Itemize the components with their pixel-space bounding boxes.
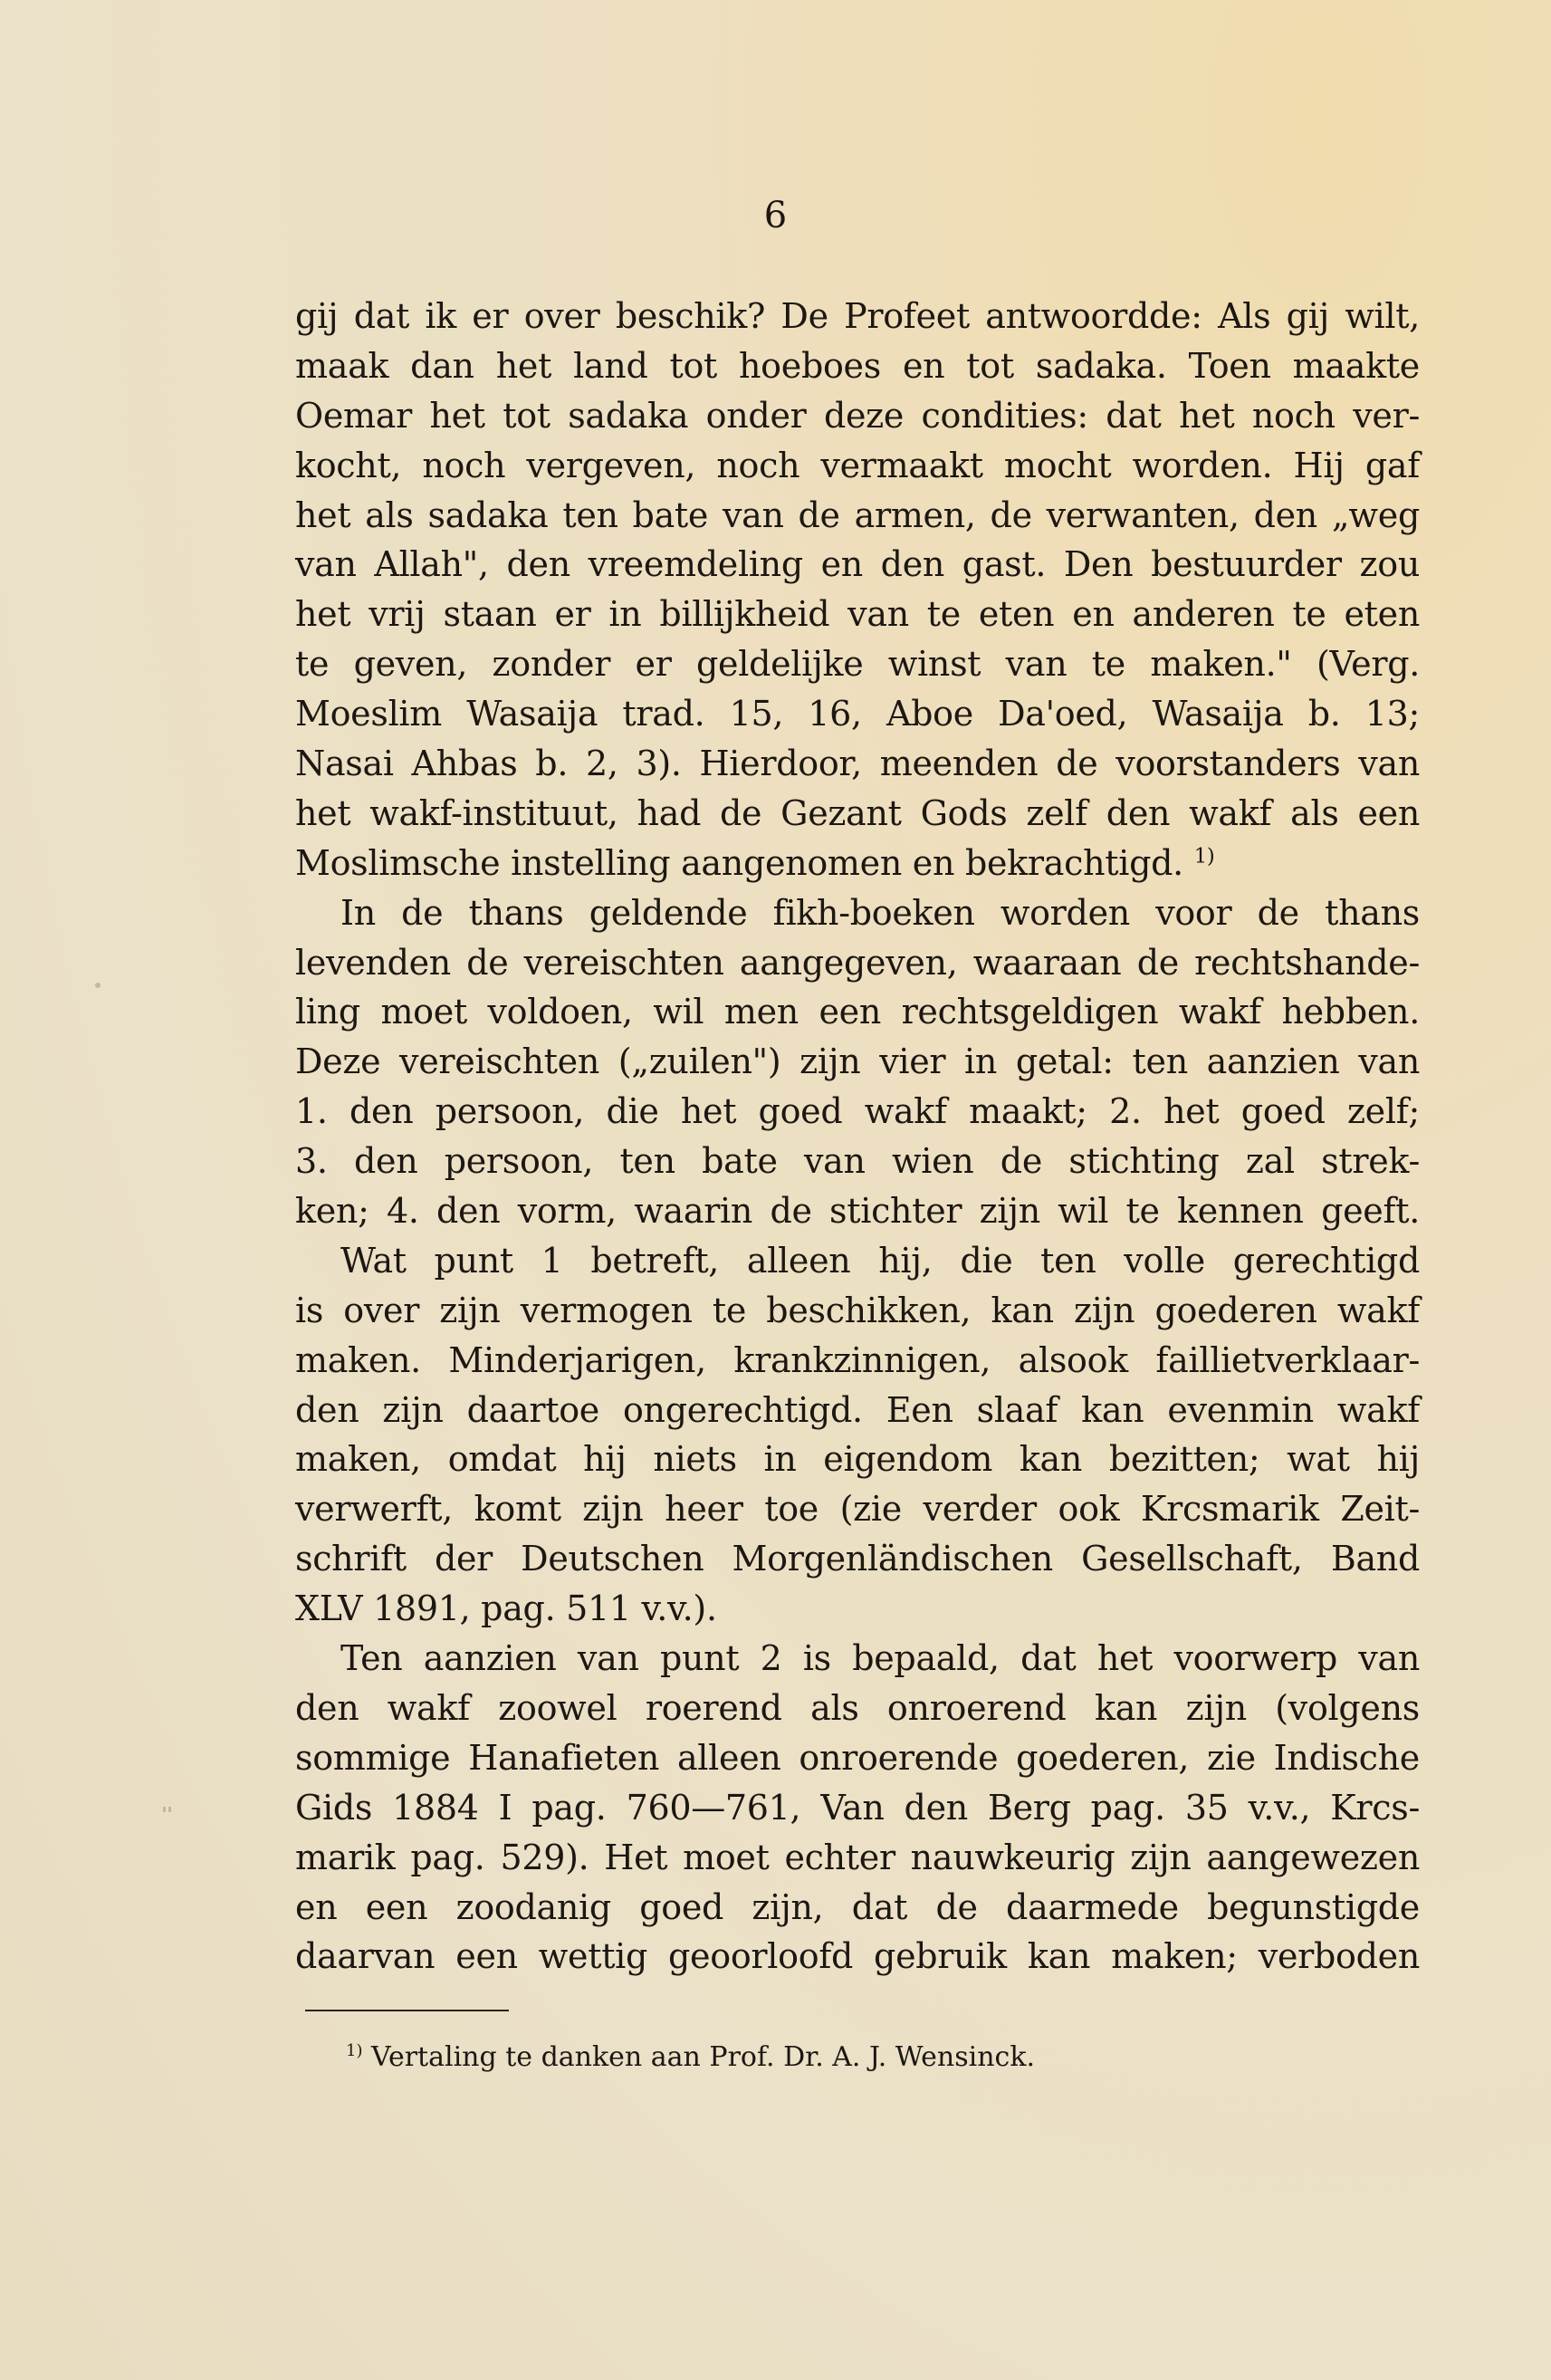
text-line: het als sadaka ten bate van de armen, de… (295, 491, 1420, 541)
text-line: In de thans geldende fikh-boeken worden … (295, 888, 1420, 938)
text-line: Gids 1884 I pag. 760—761, Van den Berg p… (295, 1783, 1420, 1833)
text-line: het vrij staan er in billijkheid van te … (295, 590, 1420, 639)
text-line: te geven, zonder er geldelijke winst van… (295, 639, 1420, 689)
footnote: 1) Vertaling te danken aan Prof. Dr. A. … (346, 2039, 1035, 2076)
text-line: daarvan een wettig geoorloofd gebruik ka… (295, 1932, 1420, 1982)
footnote-reference[interactable]: 1) (1194, 844, 1215, 868)
text-line: den zijn daartoe ongerechtigd. Een slaaf… (295, 1386, 1420, 1435)
page-number: 6 (0, 197, 1551, 234)
text-line: 3. den persoon, ten bate van wien de sti… (295, 1137, 1420, 1186)
scan-speck (168, 1807, 171, 1812)
text-line: kocht, noch vergeven, noch vermaakt moch… (295, 441, 1420, 491)
footnote-text: Vertaling te danken aan Prof. Dr. A. J. … (371, 2041, 1035, 2073)
text-line: Nasai Ahbas b. 2, 3). Hierdoor, meenden … (295, 739, 1420, 789)
text-line: levenden de vereischten aangegeven, waar… (295, 938, 1420, 988)
text-line: schrift der Deutschen Morgenländischen G… (295, 1534, 1420, 1584)
text-line: maak dan het land tot hoeboes en tot sad… (295, 341, 1420, 391)
text-line: sommige Hanafieten alleen onroerende goe… (295, 1733, 1420, 1783)
text-line: Oemar het tot sadaka onder deze conditie… (295, 391, 1420, 441)
text-line: Ten aanzien van punt 2 is bepaald, dat h… (295, 1634, 1420, 1684)
text-line: is over zijn vermogen te beschikken, kan… (295, 1286, 1420, 1336)
text-line: maken, omdat hij niets in eigendom kan b… (295, 1435, 1420, 1484)
footnote-divider (305, 2010, 509, 2011)
text-line: gij dat ik er over beschik? De Profeet a… (295, 292, 1420, 341)
text-line: marik pag. 529). Het moet echter nauwkeu… (295, 1833, 1420, 1883)
body-text: gij dat ik er over beschik? De Profeet a… (295, 292, 1420, 1982)
scan-speck (95, 983, 101, 988)
text-line-content: Moslimsche instelling aangenomen en bekr… (295, 843, 1183, 883)
text-line: ken; 4. den vorm, waarin de stichter zij… (295, 1186, 1420, 1236)
text-line: maken. Minderjarigen, krankzinnigen, als… (295, 1336, 1420, 1386)
text-line: Moslimsche instelling aangenomen en bekr… (295, 839, 1420, 888)
footnote-marker: 1) (346, 2041, 362, 2060)
text-line: Wat punt 1 betreft, alleen hij, die ten … (295, 1236, 1420, 1286)
text-line: Deze vereischten („zuilen") zijn vier in… (295, 1037, 1420, 1087)
text-line: ling moet voldoen, wil men een rechtsgel… (295, 987, 1420, 1037)
text-line: den wakf zoowel roerend als onroerend ka… (295, 1684, 1420, 1733)
text-line: het wakf-instituut, had de Gezant Gods z… (295, 789, 1420, 839)
scan-speck (163, 1807, 166, 1812)
text-line: XLV 1891, pag. 511 v.v.). (295, 1584, 1420, 1634)
text-line: en een zoodanig goed zijn, dat de daarme… (295, 1883, 1420, 1933)
text-line: van Allah", den vreemdeling en den gast.… (295, 540, 1420, 590)
text-line: verwerft, komt zijn heer toe (zie verder… (295, 1484, 1420, 1534)
text-line: 1. den persoon, die het goed wakf maakt;… (295, 1087, 1420, 1137)
text-line: Moeslim Wasaija trad. 15, 16, Aboe Da'oe… (295, 689, 1420, 739)
